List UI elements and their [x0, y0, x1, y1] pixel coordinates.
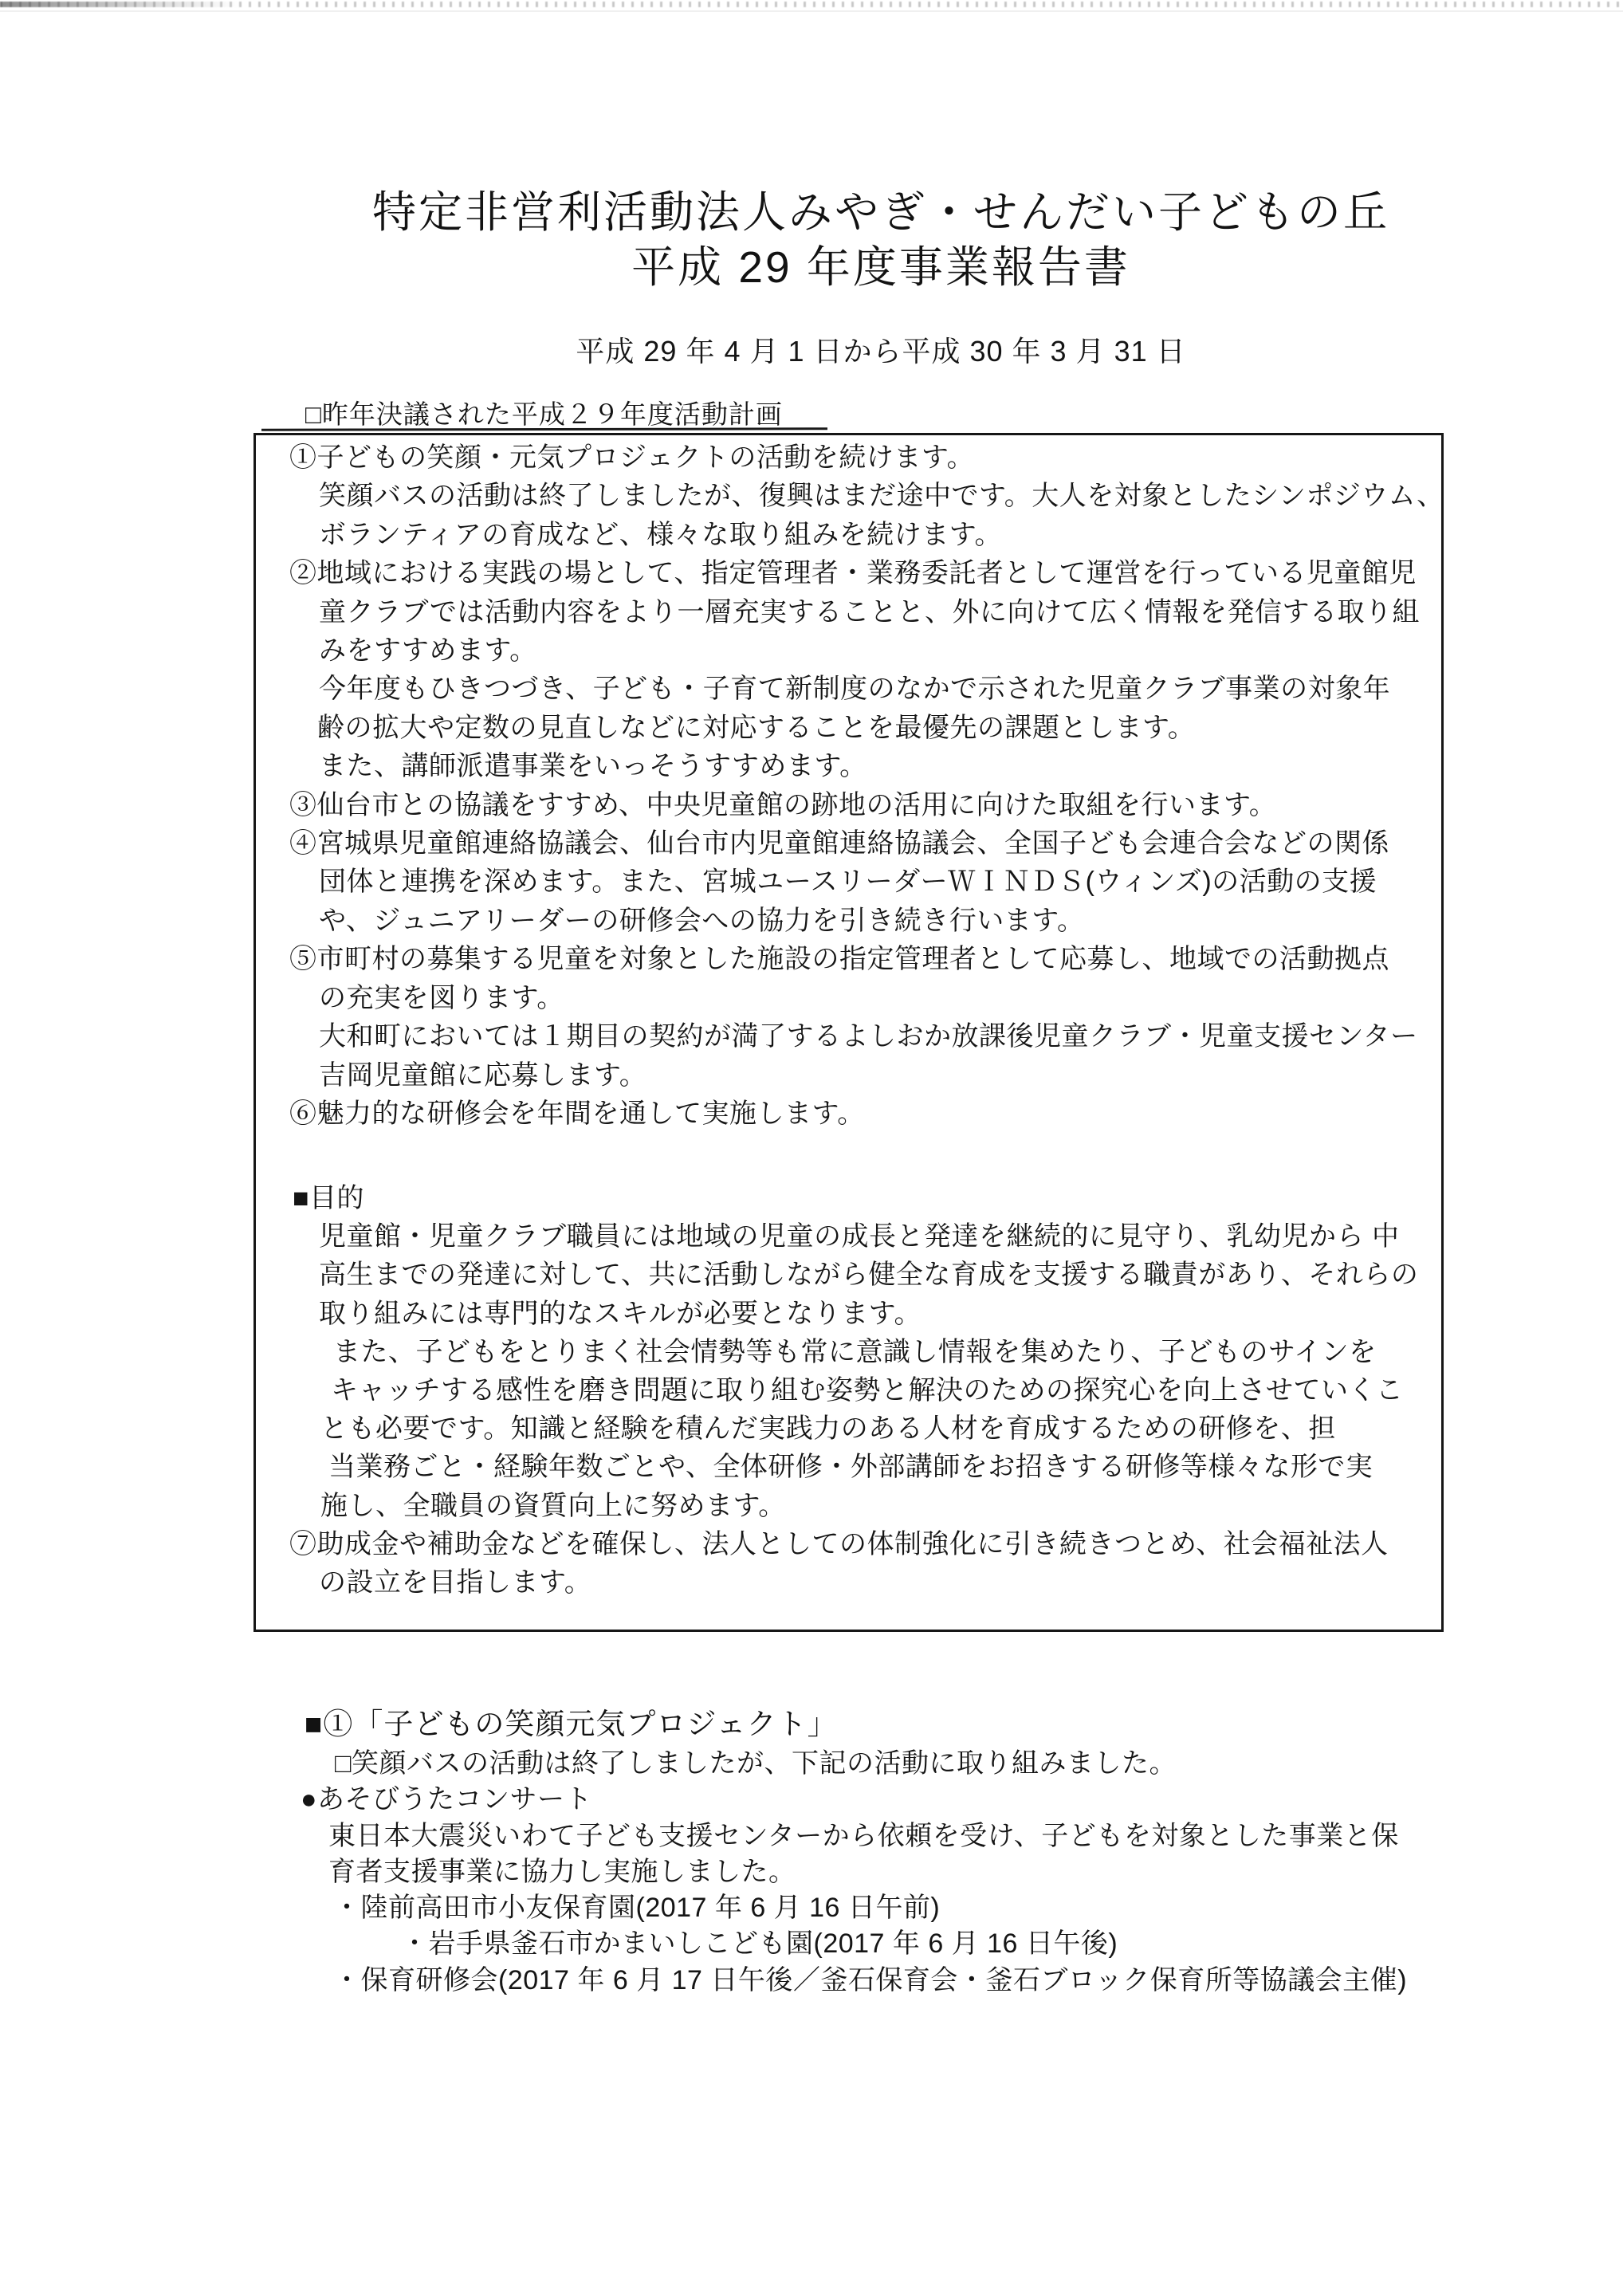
text-line: 団体と連携を深めます。また、宮城ユースリーダーＷＩＮＤＳ(ウィンズ)の活動の支援: [253, 863, 1444, 901]
text-line: 笑顔バスの活動は終了しましたが、復興はまだ途中です。大人を対象としたシンポジウム…: [253, 477, 1444, 515]
text-line: 育者支援事業に協力し実施しました。: [0, 1854, 1407, 1890]
plan-item-lines: ①子どもの笑顔・元気プロジェクトの活動を続けます。笑顔バスの活動は終了しましたが…: [253, 438, 1444, 1133]
report-title: 平成 29 年度事業報告書: [69, 240, 1623, 295]
text-line: 高生までの発達に対して、共に活動しながら健全な育成を支援する職責があり、それらの: [253, 1256, 1418, 1294]
text-line: とも必要です。知識と経験を積んだ実践力のある人材を育成するための研修を、担: [253, 1409, 1418, 1448]
page-title: 特定非営利活動法人みやぎ・せんだい子どもの丘 平成 29 年度事業報告書: [69, 185, 1623, 295]
text-line: また、講師派遣事業をいっそうすすめます。: [253, 747, 1444, 785]
text-line: 今年度もひきつづき、子ども・子育て新制度のなかで示された児童クラブ事業の対象年: [253, 670, 1444, 708]
text-line: 児童館・児童クラブ職員には地域の児童の成長と発達を継続的に見守り、乳幼児から 中: [253, 1217, 1418, 1256]
text-line: ②地域における実践の場として、指定管理者・業務委託者として運営を行っている児童館…: [253, 554, 1444, 592]
text-line: 童クラブでは活動内容をより一層充実することと、外に向けて広く情報を発信する取り組: [253, 593, 1444, 631]
text-line: □笑顔バスの活動は終了しましたが、下記の活動に取り組みました。: [0, 1746, 1407, 1782]
text-line: ①子どもの笑顔・元気プロジェクトの活動を続けます。: [253, 438, 1444, 477]
text-line: 施し、全職員の資質向上に努めます。: [253, 1487, 1418, 1525]
purpose-lines: ■目的児童館・児童クラブ職員には地域の児童の成長と発達を継続的に見守り、乳幼児か…: [253, 1179, 1418, 1602]
organization-name: 特定非営利活動法人みやぎ・せんだい子どもの丘: [69, 185, 1623, 240]
text-line: ③仙台市との協議をすすめ、中央児童館の跡地の活用に向けた取組を行います。: [253, 786, 1444, 824]
text-line: ⑥魅力的な研修会を年間を通して実施します。: [253, 1095, 1444, 1133]
text-line: の設立を目指します。: [253, 1563, 1418, 1602]
text-line: みをすすめます。: [253, 631, 1444, 670]
text-line: ④宮城県児童館連絡協議会、仙台市内児童館連絡協議会、全国子ども会連合会などの関係: [253, 824, 1444, 863]
text-line: 取り組みには専門的なスキルが必要となります。: [253, 1295, 1418, 1333]
report-period: 平成 29 年 4 月 1 日から平成 30 年 3 月 31 日: [69, 332, 1623, 371]
text-line: また、子どもをとりまく社会情勢等も常に意識し情報を集めたり、子どものサインを: [253, 1333, 1418, 1371]
text-line: ・陸前高田市小友保育園(2017 年 6 月 16 日午前): [0, 1890, 1407, 1926]
text-line: や、ジュニアリーダーの研修会への協力を引き続き行います。: [253, 902, 1444, 940]
text-line: 大和町においては１期目の契約が満了するよしおか放課後児童クラブ・児童支援センター: [253, 1017, 1444, 1056]
text-line: ●あそびうたコンサート: [0, 1782, 1407, 1818]
text-line: 齢の拡大や定数の見直しなどに対応することを最優先の課題とします。: [253, 709, 1444, 747]
project-section-heading: ■①「子どもの笑顔元気プロジェクト」: [305, 1708, 838, 1741]
plan-heading-underline: [261, 427, 827, 431]
text-line: 当業務ごと・経験年数ごとや、全体研修・外部講師をお招きする研修等様々な形で実: [253, 1448, 1418, 1486]
text-line: ■目的: [253, 1179, 1418, 1217]
project-lines: □笑顔バスの活動は終了しましたが、下記の活動に取り組みました。●あそびうたコンサ…: [0, 1746, 1407, 1999]
text-line: 吉岡児童館に応募します。: [253, 1056, 1444, 1095]
text-line: ボランティアの育成など、様々な取り組みを続けます。: [253, 516, 1444, 554]
scan-hairline-artifact: [0, 10, 1623, 12]
text-line: の充実を図ります。: [253, 979, 1444, 1017]
text-line: ・岩手県釜石市かまいしこども園(2017 年 6 月 16 日午後): [0, 1926, 1407, 1962]
scan-noise-artifact: [0, 2, 1623, 7]
document-page: 特定非営利活動法人みやぎ・せんだい子どもの丘 平成 29 年度事業報告書 平成 …: [0, 0, 1623, 2296]
plan-section-heading: □昨年決議された平成２９年度活動計画: [305, 399, 783, 430]
text-line: キャッチする感性を磨き問題に取り組む姿勢と解決のための探究心を向上させていくこ: [253, 1371, 1418, 1409]
text-line: ⑦助成金や補助金などを確保し、法人としての体制強化に引き続きつとめ、社会福祉法人: [253, 1525, 1418, 1563]
text-line: 東日本大震災いわて子ども支援センターから依頼を受け、子どもを対象とした事業と保: [0, 1818, 1407, 1854]
text-line: ・保育研修会(2017 年 6 月 17 日午後／釜石保育会・釜石ブロック保育所…: [0, 1963, 1407, 1999]
text-line: ⑤市町村の募集する児童を対象とした施設の指定管理者として応募し、地域での活動拠点: [253, 940, 1444, 978]
